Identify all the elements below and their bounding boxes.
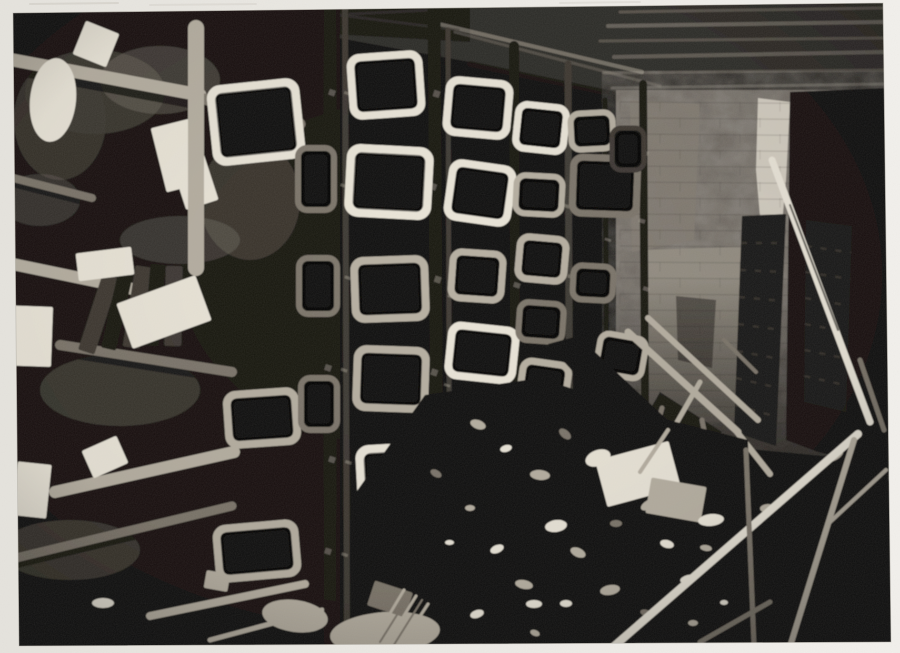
photo-print (0, 0, 900, 653)
burned-archive-photo (0, 0, 900, 653)
film-grain (0, 0, 900, 653)
